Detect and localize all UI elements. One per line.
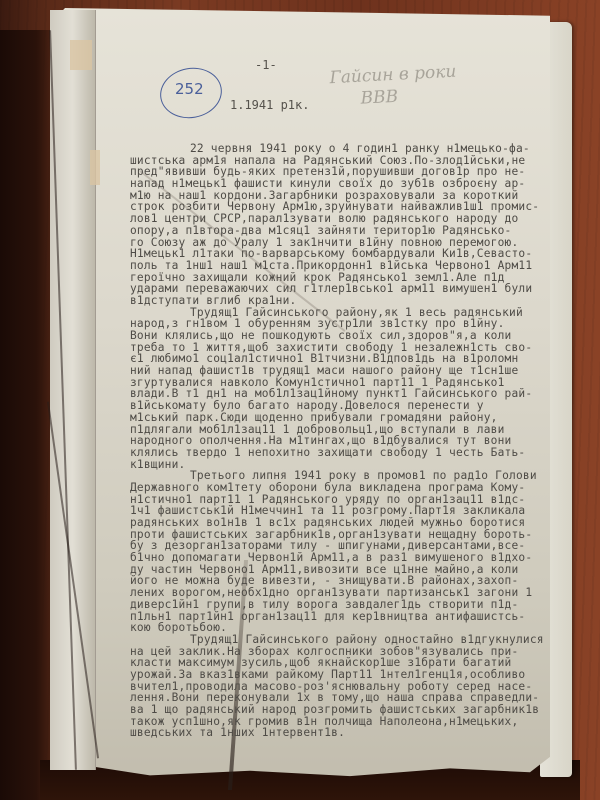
text-line: Трудящ1 Гайсинського району одностайно в… — [130, 634, 530, 646]
text-line: ний напад фашист1в трудящ1 маси нашого р… — [130, 365, 530, 377]
paragraph: Третього липня 1941 року в промов1 по ра… — [130, 470, 530, 634]
text-line: радянських во1н1в 1 вс1х радянських люде… — [130, 517, 530, 529]
text-line: м1ський парк.Сюди щоденно прибували гром… — [130, 412, 530, 424]
tape-piece — [90, 150, 100, 185]
text-line: 22 червня 1941 року о 4 годин1 ранку н1м… — [130, 143, 530, 155]
text-line: шведських та 1нших 1нтервент1в. — [130, 727, 530, 739]
paragraph: Трудящ1 Гайсинського району одностайно в… — [130, 634, 530, 739]
text-line: напад н1мецьк1 фашисти кинули своїх до з… — [130, 178, 530, 190]
text-line: в1дступати вглиб кра1ни. — [130, 295, 530, 307]
archive-number: 252 — [175, 80, 204, 98]
paragraph: Трудящ1 Гайсинського району,як 1 весь ра… — [130, 307, 530, 471]
page-number: -1- — [255, 58, 277, 72]
tape-piece — [70, 40, 92, 70]
date-line: 1.1941 р1к. — [230, 98, 309, 112]
text-line: Державного ком1тету оборони була викладе… — [130, 482, 530, 494]
text-line: диверс1йн1 групи,в тилу ворога завдалег1… — [130, 599, 530, 611]
text-line: клялись твердо 1 непохитно захищати своб… — [130, 447, 530, 459]
text-line: опору,а п1втора-два м1сяц1 зайняти терит… — [130, 225, 530, 237]
text-line: урожай.За вказ1вками райкому Парт11 1нте… — [130, 669, 530, 681]
typewritten-body: 22 червня 1941 року о 4 годин1 ранку н1м… — [130, 143, 530, 739]
text-line: Вони клялись,що не пошкодують своїх сил,… — [130, 330, 530, 342]
folded-left-margin — [50, 10, 96, 770]
paragraph: 22 червня 1941 року о 4 годин1 ранку н1м… — [130, 143, 530, 307]
text-line: б1чно допомагати Червон1й Арм11,а в раз1… — [130, 552, 530, 564]
text-line: ва 1 що радянський народ розгромить фаши… — [130, 704, 530, 716]
text-line: поль та 1нш1 наш1 м1ста.Прикордонн1 в1йс… — [130, 260, 530, 272]
